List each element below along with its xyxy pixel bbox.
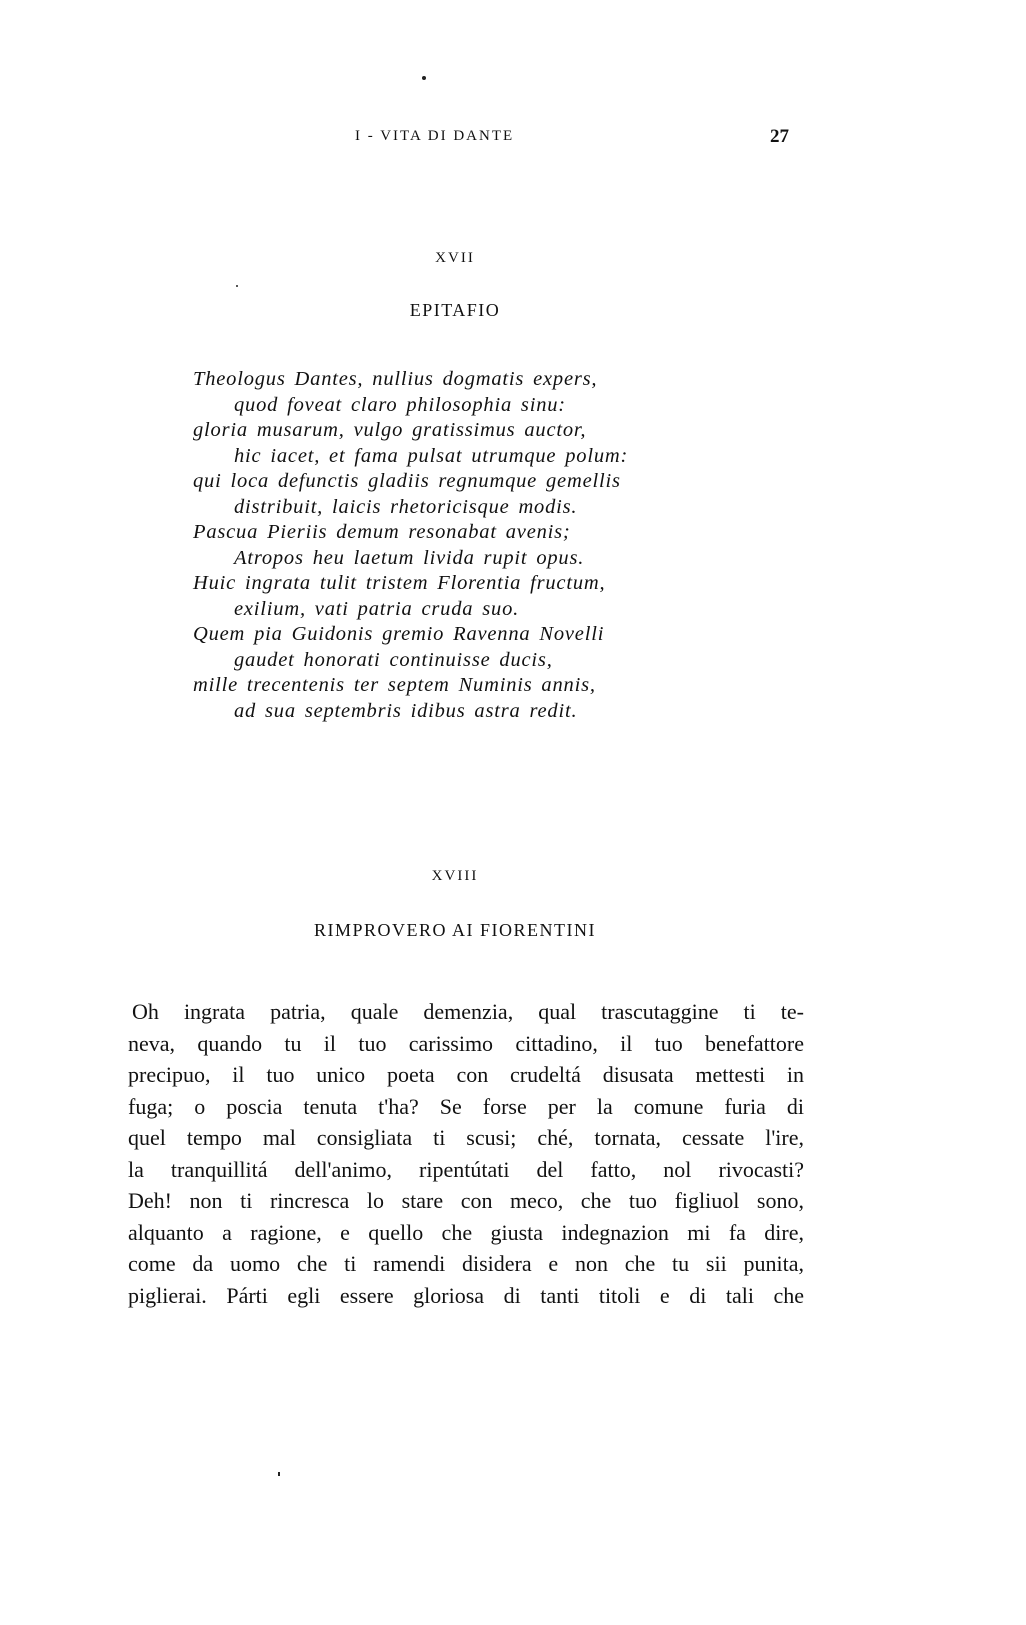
poem-line: Theologus Dantes, nullius dogmatis exper… bbox=[193, 367, 628, 393]
prose-paragraph: Oh ingrata patria, quale demenzia, qual … bbox=[128, 996, 804, 1311]
page-number: 27 bbox=[770, 126, 789, 148]
poem-line: distribuit, laicis rhetoricisque modis. bbox=[193, 495, 628, 521]
section-title: EPITAFIO bbox=[0, 300, 910, 321]
prose-line: precipuo, il tuo unico poeta con crudelt… bbox=[128, 1059, 804, 1091]
poem-line: Huic ingrata tulit tristem Florentia fru… bbox=[193, 571, 628, 597]
poem-line: exilium, vati patria cruda suo. bbox=[193, 597, 628, 623]
poem-line: Pascua Pieriis demum resonabat avenis; bbox=[193, 520, 628, 546]
prose-line: la tranquillitá dell'animo, ripentútati … bbox=[128, 1154, 804, 1186]
poem-line: ad sua septembris idibus astra redit. bbox=[193, 699, 628, 725]
prose-line: alquanto a ragione, e quello che giusta … bbox=[128, 1217, 804, 1249]
poem-line: gaudet honorati continuisse ducis, bbox=[193, 648, 628, 674]
section-number: XVII bbox=[0, 250, 910, 267]
running-title: I - VITA DI DANTE bbox=[355, 128, 514, 145]
epitaph-poem: Theologus Dantes, nullius dogmatis exper… bbox=[193, 367, 628, 724]
section-number: XVIII bbox=[0, 868, 910, 885]
prose-line: Oh ingrata patria, quale demenzia, qual … bbox=[128, 996, 804, 1028]
poem-line: hic iacet, et fama pulsat utrumque polum… bbox=[193, 444, 628, 470]
scan-speck bbox=[278, 1472, 280, 1476]
scan-speck bbox=[236, 285, 238, 287]
scan-speck bbox=[422, 76, 426, 80]
running-head: I - VITA DI DANTE 27 bbox=[0, 128, 1026, 152]
poem-line: quod foveat claro philosophia sinu: bbox=[193, 393, 628, 419]
poem-line: mille trecentenis ter septem Numinis ann… bbox=[193, 673, 628, 699]
poem-line: gloria musarum, vulgo gratissimus auctor… bbox=[193, 418, 628, 444]
prose-line: Deh! non ti rincresca lo stare con meco,… bbox=[128, 1185, 804, 1217]
poem-line: qui loca defunctis gladiis regnumque gem… bbox=[193, 469, 628, 495]
section-title: RIMPROVERO AI FIORENTINI bbox=[0, 920, 910, 941]
poem-line: Quem pia Guidonis gremio Ravenna Novelli bbox=[193, 622, 628, 648]
prose-line: quel tempo mal consigliata ti scusi; ché… bbox=[128, 1122, 804, 1154]
prose-line: piglierai. Párti egli essere gloriosa di… bbox=[128, 1280, 804, 1312]
poem-line: Atropos heu laetum livida rupit opus. bbox=[193, 546, 628, 572]
prose-line: neva, quando tu il tuo carissimo cittadi… bbox=[128, 1028, 804, 1060]
prose-line: fuga; o poscia tenuta t'ha? Se forse per… bbox=[128, 1091, 804, 1123]
prose-line: come da uomo che ti ramendi disidera e n… bbox=[128, 1248, 804, 1280]
